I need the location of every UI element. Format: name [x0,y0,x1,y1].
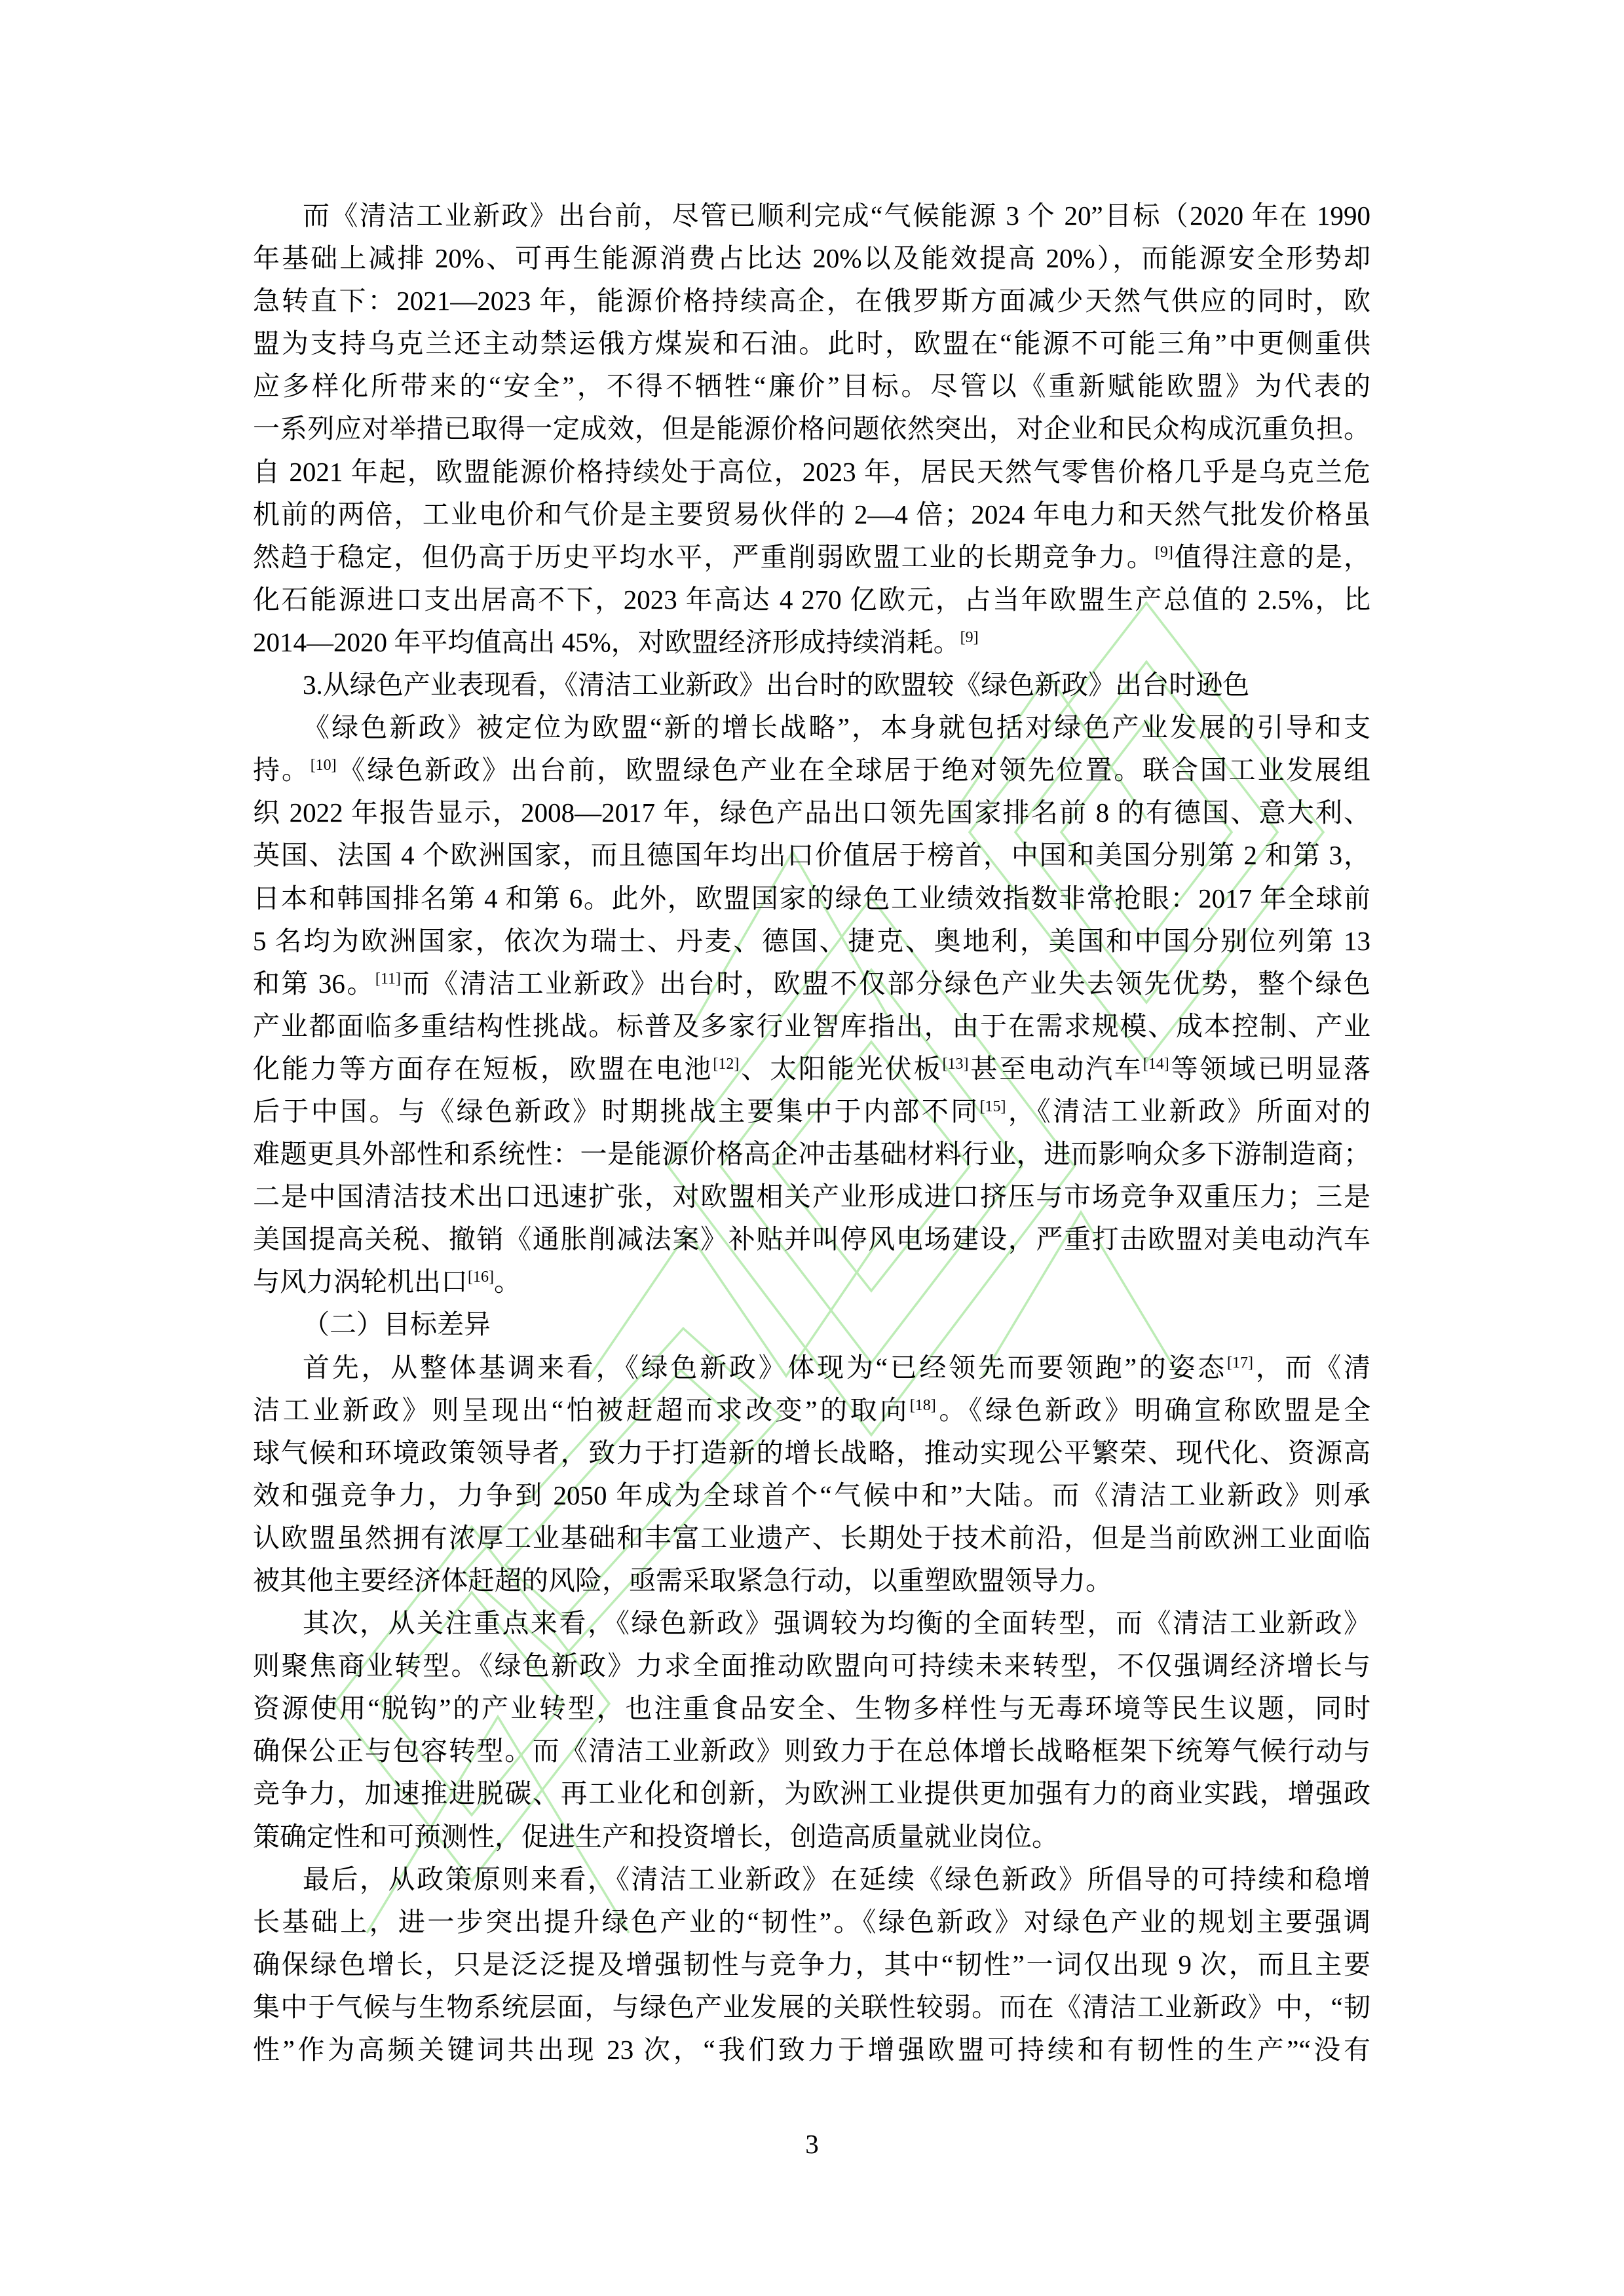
text-line: 确保公正与包容转型。而《清洁工业新政》则致力于在总体增长战略框架下统筹气候行动与 [253,1730,1370,1772]
text-line: 而《清洁工业新政》出台前，尽管已顺利完成“气候能源 3 个 20”目标（2020… [253,195,1370,237]
footnote-ref: [9] [960,629,979,646]
text-line: 盟为支持乌克兰还主动禁运俄方煤炭和石油。此时，欧盟在“能源不可能三角”中更侧重供 [253,322,1370,365]
text-line: 长基础上，进一步突出提升绿色产业的“韧性”。《绿色新政》对绿色产业的规划主要强调 [253,1901,1370,1943]
text-line: 首先，从整体基调来看，《绿色新政》体现为“已经领先而要领跑”的姿态[17]，而《… [253,1347,1370,1389]
text-body: 而《清洁工业新政》出台前，尽管已顺利完成“气候能源 3 个 20”目标（2020… [253,195,1370,2071]
text-line: 资源使用“脱钩”的产业转型，也注重食品安全、生物多样性与无毒环境等民生议题，同时 [253,1687,1370,1730]
footnote-ref: [10] [311,757,337,774]
paragraph: 最后，从政策原则来看，《清洁工业新政》在延续《绿色新政》所倡导的可持续和稳增长基… [253,1858,1370,2071]
text-line: （二）目标差异 [253,1303,1370,1346]
text-line: 确保绿色增长，只是泛泛提及增强韧性与竞争力，其中“韧性”一词仅出现 9 次，而且… [253,1943,1370,1986]
document-page: 而《清洁工业新政》出台前，尽管已顺利完成“气候能源 3 个 20”目标（2020… [0,0,1624,2296]
text-line: 集中于气候与生物系统层面，与绿色产业发展的关联性较弱。而在《清洁工业新政》中，“… [253,1986,1370,2029]
text-line: 3.从绿色产业表现看，《清洁工业新政》出台时的欧盟较《绿色新政》出台时逊色 [253,664,1370,706]
text-line: 应多样化所带来的“安全”，不得不牺牲“廉价”目标。尽管以《重新赋能欧盟》为代表的 [253,365,1370,408]
text-line: 竞争力，加速推进脱碳、再工业化和创新，为欧洲工业提供更加强有力的商业实践，增强政 [253,1772,1370,1815]
text-line: 美国提高关税、撤销《通胀削减法案》补贴并叫停风电场建设，严重打击欧盟对美电动汽车 [253,1218,1370,1261]
text-line: 英国、法国 4 个欧洲国家，而且德国年均出口价值居于榜首，中国和美国分别第 2 … [253,834,1370,877]
text-line: 效和强竞争力，力争到 2050 年成为全球首个“气候中和”大陆。而《清洁工业新政… [253,1474,1370,1517]
text-line: 后于中国。与《绿色新政》时期挑战主要集中于内部不同[15]，《清洁工业新政》所面… [253,1090,1370,1133]
text-line: 产业都面临多重结构性挑战。标普及多家行业智库指出，由于在需求规模、成本控制、产业 [253,1005,1370,1048]
text-line: 性”作为高频关键词共出现 23 次，“我们致力于增强欧盟可持续和有韧性的生产”“… [253,2029,1370,2071]
text-line: 洁工业新政》则呈现出“怕被赶超而求改变”的取向[18]。《绿色新政》明确宣称欧盟… [253,1389,1370,1432]
footnote-ref: [13] [943,1056,969,1073]
text-line: 化能力等方面存在短板，欧盟在电池[12]、太阳能光伏板[13]甚至电动汽车[14… [253,1048,1370,1090]
text-line: 持。[10]《绿色新政》出台前，欧盟绿色产业在全球居于绝对领先位置。联合国工业发… [253,749,1370,792]
text-line: 然趋于稳定，但仍高于历史平均水平，严重削弱欧盟工业的长期竞争力。[9]值得注意的… [253,536,1370,579]
text-line: 一系列应对举措已取得一定成效，但是能源价格问题依然突出，对企业和民众构成沉重负担… [253,408,1370,450]
footnote-ref: [11] [375,970,401,987]
text-line: 策确定性和可预测性，促进生产和投资增长，创造高质量就业岗位。 [253,1816,1370,1858]
footnote-ref: [9] [1155,544,1173,561]
paragraph: 首先，从整体基调来看，《绿色新政》体现为“已经领先而要领跑”的姿态[17]，而《… [253,1347,1370,1603]
text-line: 自 2021 年起，欧盟能源价格持续处于高位，2023 年，居民天然气零售价格几… [253,451,1370,493]
text-line: 二是中国清洁技术出口迅速扩张，对欧盟相关产业形成进口挤压与市场竞争双重压力；三是 [253,1176,1370,1218]
text-line: 化石能源进口支出居高不下，2023 年高达 4 270 亿欧元，占当年欧盟生产总… [253,579,1370,621]
paragraph: 其次，从关注重点来看，《绿色新政》强调较为均衡的全面转型，而《清洁工业新政》则聚… [253,1602,1370,1858]
footnote-ref: [16] [468,1269,494,1286]
text-line: 日本和韩国排名第 4 和第 6。此外，欧盟国家的绿色工业绩效指数非常抢眼：201… [253,877,1370,920]
footnote-ref: [18] [910,1397,936,1414]
text-line: 和第 36。[11]而《清洁工业新政》出台时，欧盟不仅部分绿色产业失去领先优势，… [253,963,1370,1005]
text-line: 机前的两倍，工业电价和气价是主要贸易伙伴的 2—4 倍；2024 年电力和天然气… [253,493,1370,536]
subheading: （二）目标差异 [253,1303,1370,1346]
text-line: 认欧盟虽然拥有浓厚工业基础和丰富工业遗产、长期处于技术前沿，但是当前欧洲工业面临 [253,1517,1370,1559]
text-line: 被其他主要经济体赶超的风险，亟需采取紧急行动，以重塑欧盟领导力。 [253,1559,1370,1602]
footnote-ref: [14] [1143,1056,1169,1073]
text-line: 则聚焦商业转型。《绿色新政》力求全面推动欧盟向可持续未来转型，不仅强调经济增长与 [253,1645,1370,1687]
text-line: 急转直下：2021—2023 年，能源价格持续高企，在俄罗斯方面减少天然气供应的… [253,280,1370,322]
text-line: 其次，从关注重点来看，《绿色新政》强调较为均衡的全面转型，而《清洁工业新政》 [253,1602,1370,1645]
footnote-ref: [12] [713,1056,739,1073]
text-line: 2014—2020 年平均值高出 45%，对欧盟经济形成持续消耗。[9] [253,621,1370,664]
footnote-ref: [15] [980,1098,1006,1115]
text-line: 《绿色新政》被定位为欧盟“新的增长战略”，本身就包括对绿色产业发展的引导和支 [253,706,1370,749]
text-line: 5 名均为欧洲国家，依次为瑞士、丹麦、德国、捷克、奥地利，美国和中国分别位列第 … [253,920,1370,963]
text-line: 织 2022 年报告显示，2008—2017 年，绿色产品出口领先国家排名前 8… [253,792,1370,834]
page-number: 3 [0,2123,1624,2166]
paragraph: 《绿色新政》被定位为欧盟“新的增长战略”，本身就包括对绿色产业发展的引导和支持。… [253,706,1370,1303]
text-line: 最后，从政策原则来看，《清洁工业新政》在延续《绿色新政》所倡导的可持续和稳增 [253,1858,1370,1901]
text-line: 难题更具外部性和系统性：一是能源价格高企冲击基础材料行业，进而影响众多下游制造商… [253,1133,1370,1176]
footnote-ref: [17] [1227,1354,1253,1371]
paragraph: 而《清洁工业新政》出台前，尽管已顺利完成“气候能源 3 个 20”目标（2020… [253,195,1370,664]
text-line: 与风力涡轮机出口[16]。 [253,1261,1370,1303]
text-line: 年基础上减排 20%、可再生能源消费占比达 20%以及能效提高 20%），而能源… [253,237,1370,280]
subheading: 3.从绿色产业表现看，《清洁工业新政》出台时的欧盟较《绿色新政》出台时逊色 [253,664,1370,706]
text-line: 球气候和环境政策领导者，致力于打造新的增长战略，推动实现公平繁荣、现代化、资源高 [253,1432,1370,1474]
